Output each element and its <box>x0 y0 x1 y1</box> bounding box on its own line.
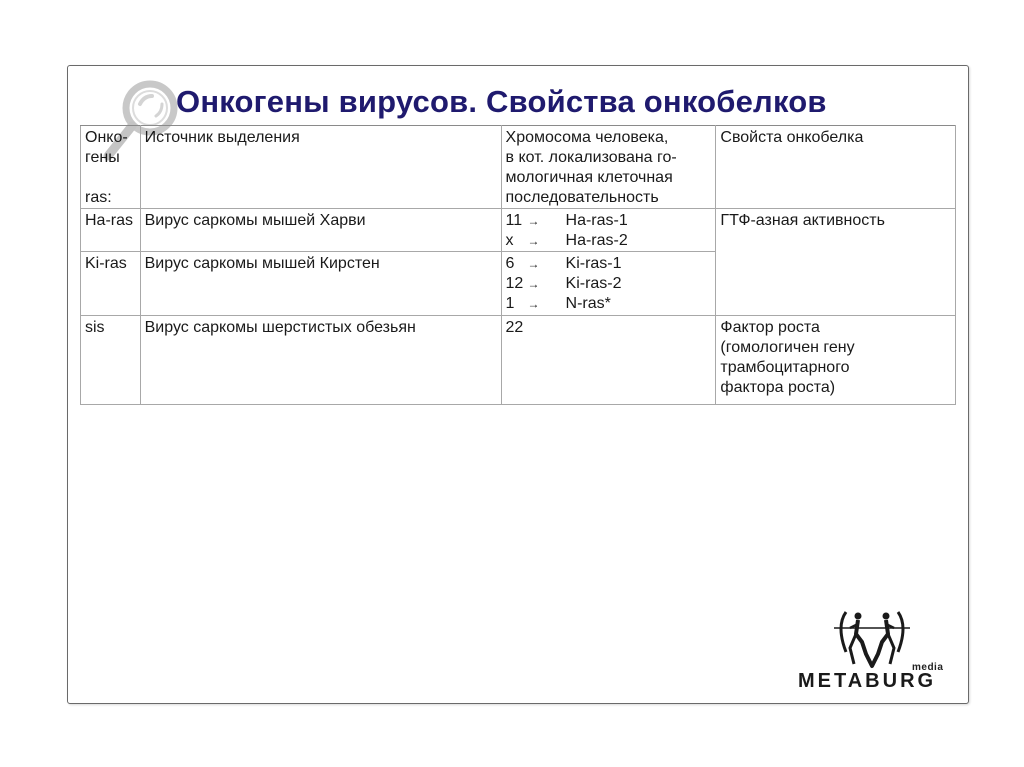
arrow-right-icon: → <box>528 211 566 231</box>
header-chromosome: Хромосома человека, в кот. локализована … <box>501 126 716 209</box>
oncogene-table: Онко- гены ras: Источник выделения Хромо… <box>80 125 956 405</box>
header-source: Источник выделения <box>140 126 501 209</box>
logo-wordmark: METABURG <box>798 670 936 693</box>
table-header-row: Онко- гены ras: Источник выделения Хромо… <box>81 126 956 209</box>
chromosome-cell: 6→Ki-ras-1 12→Ki-ras-2 1→N-ras* <box>501 252 716 316</box>
gene-cell: sis <box>81 316 141 405</box>
chromosome-cell: 11→Ha-ras-1 x→Ha-ras-2 <box>501 209 716 252</box>
header-oncogenes: Онко- гены ras: <box>81 126 141 209</box>
property-cell: Фактор роста (гомологичен гену трамбоцит… <box>716 316 956 405</box>
source-cell: Вирус саркомы шерстистых обезьян <box>140 316 501 405</box>
metaburg-logo: media METABURG <box>796 604 956 694</box>
gene-cell: Ha-ras <box>81 209 141 252</box>
header-property: Свойста онкобелка <box>716 126 956 209</box>
arrow-right-icon: → <box>528 274 566 294</box>
chromosome-cell: 22 <box>501 316 716 405</box>
source-cell: Вирус саркомы мышей Кирстен <box>140 252 501 316</box>
gene-cell: Ki-ras <box>81 252 141 316</box>
slide-title: Онкогены вирусов. Свойства онкобелков <box>176 84 827 120</box>
property-cell-ras: ГТФ-азная активность <box>716 209 956 316</box>
arrow-right-icon: → <box>528 294 566 314</box>
table-row: sis Вирус саркомы шерстистых обезьян 22 … <box>81 316 956 405</box>
table-row: Ha-ras Вирус саркомы мышей Харви 11→Ha-r… <box>81 209 956 252</box>
metaburg-figures-logo-icon <box>832 608 912 670</box>
source-cell: Вирус саркомы мышей Харви <box>140 209 501 252</box>
arrow-right-icon: → <box>528 231 566 251</box>
arrow-right-icon: → <box>528 254 566 274</box>
